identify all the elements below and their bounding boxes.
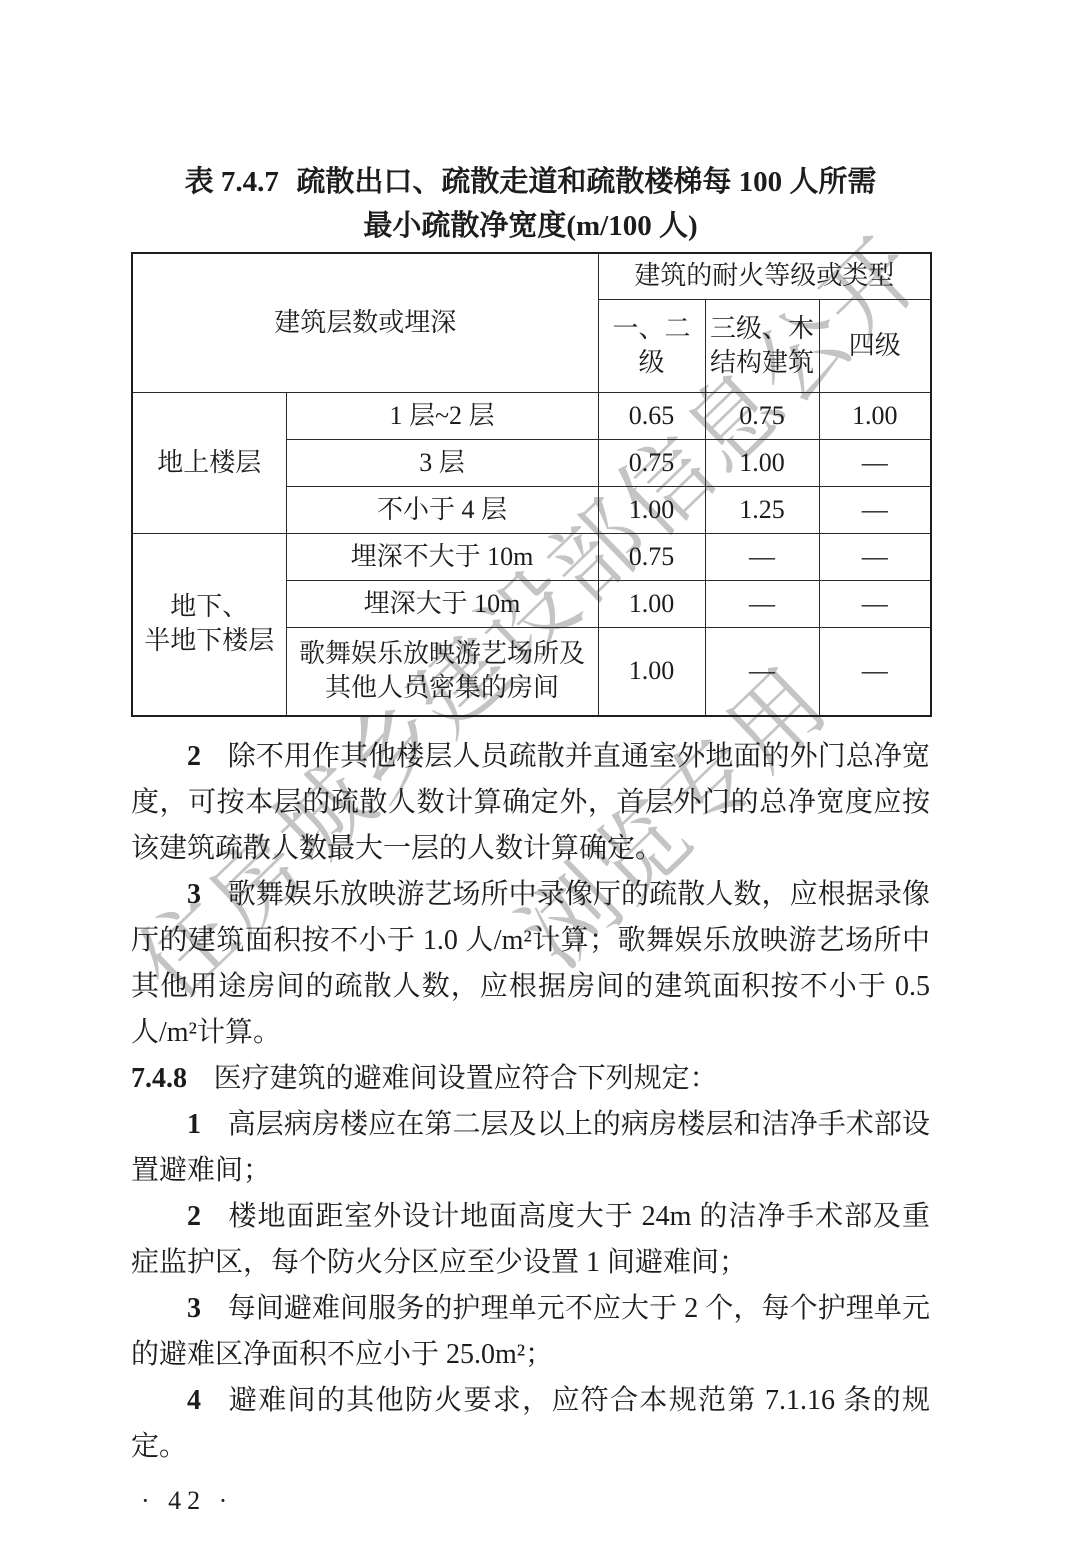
item-1: 1高层病房楼应在第二层及以上的病房楼层和洁净手术部设置避难间； xyxy=(131,1102,930,1194)
cell-value: — xyxy=(705,627,819,716)
item-text: 每间避难间服务的护理单元不应大于 2 个，每个护理单元的避难区净面积不应小于 2… xyxy=(131,1293,930,1370)
item-text: 避难间的其他防火要求，应符合本规范第 7.1.16 条的规定。 xyxy=(131,1385,930,1462)
cell-value: — xyxy=(819,580,931,627)
item-number: 1 xyxy=(187,1109,201,1140)
paragraph-text: 除不用作其他楼层人员疏散并直通室外地面的外门总净宽度，可按本层的疏散人数计算确定… xyxy=(131,741,930,864)
cell-value: 0.65 xyxy=(598,392,705,439)
paragraph-3: 3歌舞娱乐放映游艺场所中录像厅的疏散人数，应根据录像厅的建筑面积按不小于 1.0… xyxy=(131,872,930,1056)
cell-value: 1.00 xyxy=(598,486,705,533)
item-number: 4 xyxy=(187,1385,201,1416)
cell-value: 1.00 xyxy=(598,580,705,627)
page-content: 表 7.4.7疏散出口、疏散走道和疏散楼梯每 100 人所需 最小疏散净宽度(m… xyxy=(131,0,930,1516)
cell-value: 0.75 xyxy=(598,533,705,580)
section-text: 医疗建筑的避难间设置应符合下列规定： xyxy=(214,1063,718,1094)
cell-value: — xyxy=(819,533,931,580)
row-label: 埋深不大于 10m xyxy=(286,533,598,580)
cell-value: 0.75 xyxy=(705,392,819,439)
item-text: 高层病房楼应在第二层及以上的病房楼层和洁净手术部设置避难间； xyxy=(131,1109,930,1186)
item-2: 2楼地面距室外设计地面高度大于 24m 的洁净手术部及重症监护区，每个防火分区应… xyxy=(131,1194,930,1286)
table-caption-title: 疏散出口、疏散走道和疏散楼梯每 100 人所需 xyxy=(296,166,876,198)
row-group-underground: 地下、 半地下楼层 xyxy=(132,533,286,716)
body-text: 2除不用作其他楼层人员疏散并直通室外地面的外门总净宽度，可按本层的疏散人数计算确… xyxy=(131,734,930,1470)
header-span-cell: 建筑的耐火等级或类型 xyxy=(598,253,931,299)
header-col-3: 四级 xyxy=(819,299,931,392)
row-label: 3 层 xyxy=(286,439,598,486)
row-label: 歌舞娱乐放映游艺场所及 其他人员密集的房间 xyxy=(286,627,598,716)
item-4: 4避难间的其他防火要求，应符合本规范第 7.1.16 条的规定。 xyxy=(131,1378,930,1470)
row-label: 不小于 4 层 xyxy=(286,486,598,533)
row-label: 埋深大于 10m xyxy=(286,580,598,627)
table-row: 地下、 半地下楼层 埋深不大于 10m 0.75 — — xyxy=(132,533,931,580)
section-7-4-8: 7.4.8医疗建筑的避难间设置应符合下列规定： xyxy=(131,1056,930,1102)
paragraph-text: 歌舞娱乐放映游艺场所中录像厅的疏散人数，应根据录像厅的建筑面积按不小于 1.0 … xyxy=(131,879,930,1048)
row-group-above-ground: 地上楼层 xyxy=(132,392,286,533)
page-number: · 42 · xyxy=(141,1486,930,1516)
table-caption: 表 7.4.7疏散出口、疏散走道和疏散楼梯每 100 人所需 最小疏散净宽度(m… xyxy=(131,160,930,248)
cell-value: — xyxy=(705,533,819,580)
header-col-1: 一、二级 xyxy=(598,299,705,392)
paragraph-number: 3 xyxy=(187,879,201,910)
table-number: 表 7.4.7 xyxy=(185,166,279,198)
cell-value: 0.75 xyxy=(598,439,705,486)
cell-value: — xyxy=(705,580,819,627)
cell-value: — xyxy=(819,439,931,486)
cell-value: 1.00 xyxy=(705,439,819,486)
paragraph-2: 2除不用作其他楼层人员疏散并直通室外地面的外门总净宽度，可按本层的疏散人数计算确… xyxy=(131,734,930,872)
table-caption-line2: 最小疏散净宽度(m/100 人) xyxy=(131,204,930,248)
cell-value: — xyxy=(819,627,931,716)
cell-value: 1.00 xyxy=(598,627,705,716)
item-number: 3 xyxy=(187,1293,201,1324)
item-3: 3每间避难间服务的护理单元不应大于 2 个，每个护理单元的避难区净面积不应小于 … xyxy=(131,1286,930,1378)
header-col-2: 三级、木 结构建筑 xyxy=(705,299,819,392)
cell-value: 1.00 xyxy=(819,392,931,439)
section-number: 7.4.8 xyxy=(131,1063,187,1094)
item-text: 楼地面距室外设计地面高度大于 24m 的洁净手术部及重症监护区，每个防火分区应至… xyxy=(131,1201,930,1278)
document-page: 住房城乡建设部信息公开 浏览专用 表 7.4.7疏散出口、疏散走道和疏散楼梯每 … xyxy=(0,0,1080,1565)
paragraph-number: 2 xyxy=(187,741,201,772)
table-row: 地上楼层 1 层~2 层 0.65 0.75 1.00 xyxy=(132,392,931,439)
table-caption-line1: 表 7.4.7疏散出口、疏散走道和疏散楼梯每 100 人所需 xyxy=(131,160,930,204)
header-corner-cell: 建筑层数或埋深 xyxy=(132,253,598,392)
evacuation-width-table: 建筑层数或埋深 建筑的耐火等级或类型 一、二级 三级、木 结构建筑 四级 地上楼… xyxy=(131,252,932,717)
cell-value: 1.25 xyxy=(705,486,819,533)
item-number: 2 xyxy=(187,1201,201,1232)
row-label: 1 层~2 层 xyxy=(286,392,598,439)
cell-value: — xyxy=(819,486,931,533)
